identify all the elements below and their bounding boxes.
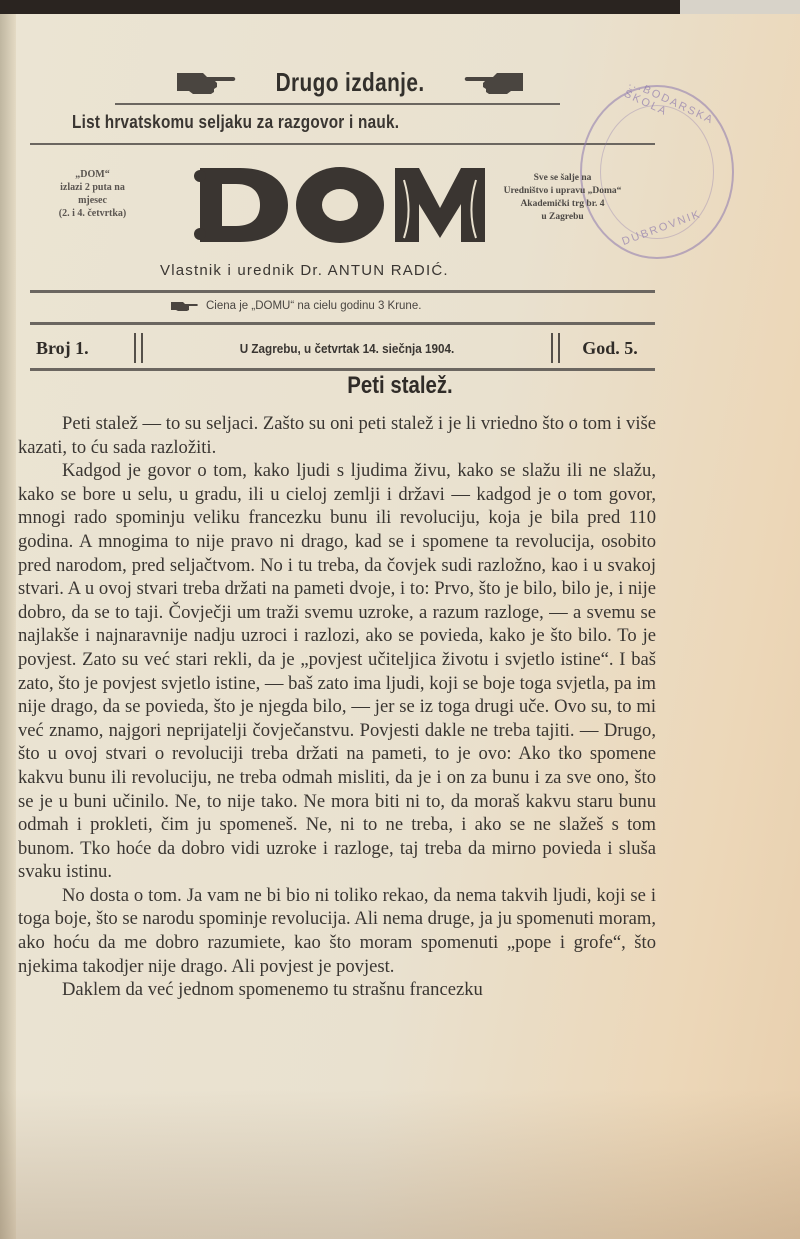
note-line: Sve se šalje na <box>490 172 635 185</box>
subtitle: List hrvatskomu seljaku za razgovor i na… <box>72 112 497 133</box>
divider <box>115 103 560 105</box>
price-line: Ciena je „DOMU“ na cielu godinu 3 Krune. <box>170 300 421 312</box>
page-binding-shadow <box>0 14 16 1239</box>
paragraph: No dosta o tom. Ja vam ne bi bio ni toli… <box>18 884 656 978</box>
article-body: Peti stalež — to su seljaci. Zašto su on… <box>18 412 656 1002</box>
dom-logo: DOM <box>190 160 490 250</box>
double-rule <box>134 333 143 363</box>
issue-info-bar: Broj 1. U Zagrebu, u četvrtak 14. siečnj… <box>28 330 654 366</box>
issue-number: Broj 1. <box>28 338 128 359</box>
price-text: Ciena je „DOMU“ na cielu godinu 3 Krune. <box>206 300 421 312</box>
paragraph: Kadgod je govor o tom, kako ljudi s ljud… <box>18 459 656 884</box>
divider <box>30 143 655 145</box>
note-line: Uredništvo i upravu „Doma“ <box>490 185 635 198</box>
address-note: Sve se šalje na Uredništvo i upravu „Dom… <box>490 172 635 224</box>
note-line: „DOM“ <box>30 168 155 181</box>
note-line: u Zagrebu <box>490 211 635 224</box>
publication-frequency-note: „DOM“ izlazi 2 puta na mjesec (2. i 4. č… <box>30 168 155 220</box>
note-line: mjesec <box>30 194 155 207</box>
owner-editor-line: Vlastnik i urednik Dr. ANTUN RADIĆ. <box>160 262 449 279</box>
photo-top-edge <box>0 0 800 14</box>
note-line: Akademički trg br. 4 <box>490 198 635 211</box>
edition-banner: Drugo izdanje. <box>140 62 560 102</box>
pointing-hand-small-icon <box>170 300 198 312</box>
divider <box>30 322 655 325</box>
dateline: U Zagrebu, u četvrtak 14. siečnja 1904. <box>169 341 525 356</box>
note-line: izlazi 2 puta na <box>30 181 155 194</box>
volume-year: God. 5. <box>566 338 654 359</box>
pointing-hand-right-icon <box>175 69 237 95</box>
photo-corner <box>680 0 800 14</box>
pointing-hand-left-icon <box>463 69 525 95</box>
paragraph: Daklem da već jednom spomenemo tu strašn… <box>18 978 656 1002</box>
divider <box>30 290 655 293</box>
double-rule <box>551 333 560 363</box>
edition-title: Drugo izdanje. <box>276 67 425 98</box>
divider <box>30 368 655 371</box>
paragraph: Peti stalež — to su seljaci. Zašto su on… <box>18 412 656 459</box>
article-title: Peti stalež. <box>60 372 740 400</box>
note-line: (2. i 4. četvrtka) <box>30 207 155 220</box>
